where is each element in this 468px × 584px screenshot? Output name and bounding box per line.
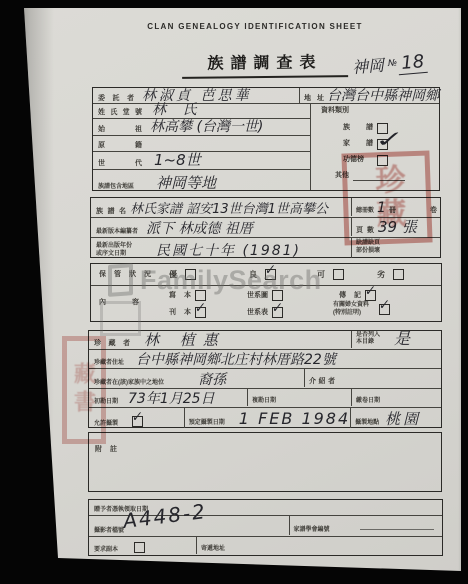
holder-address-value: 台中縣神岡鄉北庄村林厝路22號	[136, 353, 336, 367]
women-data-checkbox	[379, 304, 390, 315]
founder-label: 始祖	[98, 126, 142, 134]
holder-address-row: 珍藏者住址 台中縣神岡鄉北庄村林厝路22號	[89, 350, 441, 369]
condition-poor: 劣	[377, 269, 404, 280]
women-data-label: 有關婦女資料 (特別註明)	[333, 302, 369, 317]
publication-year-value: 民國七十年 (1981)	[146, 244, 351, 258]
society-label: 家譜學會編號	[294, 527, 330, 534]
position-value: 裔孫	[198, 373, 304, 387]
lineage-table-checkbox	[272, 307, 283, 318]
scanned-genealogy-sheet: CLAN GENEALOGY IDENTIFICATION SHEET 族譜調查…	[0, 0, 468, 584]
content-biography: 傳記	[339, 290, 376, 301]
sheet-title: 族譜調查表	[182, 49, 348, 79]
film-place-label: 攝製地點	[355, 420, 383, 427]
holder-row: 珍藏者 林 植惠 是否列入 本目錄 是	[89, 331, 441, 350]
first-survey-value: 73年1月25日	[128, 392, 247, 406]
address-cell: 地址 台灣台中縣神岡鄉	[299, 88, 439, 103]
address-value: 台灣台中縣神岡鄉	[324, 89, 439, 103]
copy-request-cell: 要求副本	[94, 542, 196, 554]
publication-year-label: 最新出版年份 或序文日期	[96, 243, 146, 258]
familysearch-watermark: FamilySearch	[108, 264, 322, 296]
position-row: 珍藏者在(該)家族中之地位 裔孫 介紹者	[89, 369, 441, 389]
generation-value: 1~8世	[142, 153, 201, 168]
entruster-label: 委託者	[98, 95, 134, 103]
surname-label: 姓氏堂號	[98, 109, 142, 117]
watermark-artifact	[100, 301, 141, 336]
poor-checkbox	[393, 269, 404, 280]
compiler-value: 派下 林成德 祖厝	[146, 222, 351, 236]
numero-mark: №	[387, 58, 397, 69]
origin-label: 原籍	[98, 142, 142, 150]
category-header: 資料類別	[321, 107, 433, 115]
entruster-row: 委託者 林淑貞 芭思華 地址 台灣台中縣神岡鄉	[93, 88, 439, 104]
position-label: 珍藏者在(該)家族中之地位	[94, 380, 198, 387]
familysearch-flag-icon	[108, 263, 133, 297]
family-register-label: 家譜	[343, 140, 373, 148]
second-survey-label: 複勘日期	[252, 398, 276, 405]
printed-checkbox	[195, 307, 206, 318]
seal-characters: 珍藏	[364, 163, 410, 232]
surname-value: 林 氏	[142, 103, 202, 117]
region-value: 神岡等地	[152, 176, 216, 191]
main-info-left-column: 姓氏堂號 林 氏 始祖 林高攀 (台灣一世) 原籍 世代 1~8世 族譜包含地區	[93, 104, 311, 190]
mailing-address-cell: 寄遞地址	[196, 537, 442, 554]
red-collection-seal: 珍藏	[341, 150, 432, 245]
red-margin-seal: 藏書	[62, 336, 106, 444]
founder-row: 始祖 林高攀 (台灣一世)	[93, 119, 310, 136]
founder-value: 林高攀 (台灣一世)	[142, 120, 263, 134]
serial-number: 神岡№18	[351, 53, 428, 77]
permit-cell: 允許攝製	[94, 416, 184, 428]
seal-characters: 藏書	[69, 362, 100, 418]
film-date-cell: 預定攝製日期 1 FEB 1984	[184, 408, 350, 428]
serial-place: 神岡	[351, 56, 385, 78]
sheet-english-title: CLAN GENEALOGY IDENTIFICATION SHEET	[90, 22, 420, 31]
copy-request-row: 要求副本 寄遞地址	[89, 537, 442, 555]
region-label: 族譜包含地區	[98, 184, 152, 191]
return-date-label: 繳卷日期	[356, 398, 380, 405]
listed-value: 是	[380, 331, 410, 347]
generation-row: 世代 1~8世	[93, 152, 310, 170]
film-place-cell: 攝製地點 桃園	[350, 408, 441, 428]
generation-label: 世代	[98, 160, 142, 168]
address-label: 地址	[304, 95, 324, 103]
origin-row: 原籍	[93, 136, 310, 152]
content-lineage-table: 世系表	[247, 307, 283, 318]
introducer-cell: 介紹者	[304, 369, 441, 387]
holder-box: 珍藏者 林 植惠 是否列入 本目錄 是 珍藏者住址 台中縣神岡鄉北庄村林厝路22…	[88, 330, 442, 428]
administrative-box: A448-2 贈予者憑執領取日期 攝影者檔號 家譜學會編號 要求副本 寄遞地址	[88, 499, 443, 556]
category-item-family-register: 家譜	[343, 139, 433, 150]
surname-row: 姓氏堂號 林 氏	[93, 104, 310, 119]
film-date-value: 1 FEB 1984	[233, 411, 350, 427]
remarks-box: 附註	[88, 432, 442, 492]
society-blank-line	[360, 519, 434, 530]
listed-cell: 是否列入 本目錄 是	[351, 331, 441, 348]
holder-value: 林 植惠	[130, 333, 351, 348]
introducer-label: 介紹者	[309, 378, 335, 386]
compiler-label: 最新版本編纂者	[96, 229, 146, 236]
society-cell: 家譜學會編號	[289, 516, 443, 535]
copy-request-checkbox	[134, 542, 145, 553]
remarks-label: 附註	[95, 446, 117, 454]
content-printed: 刊本	[169, 307, 206, 318]
return-date-cell: 繳卷日期	[351, 389, 441, 406]
permit-checkbox	[132, 416, 143, 427]
filming-row: 允許攝製 預定攝製日期 1 FEB 1984 攝製地點 桃園	[89, 408, 441, 429]
genealogy-title-label: 族譜名	[96, 208, 126, 216]
family-register-checkbox	[377, 139, 388, 150]
content-women-data: 有關婦女資料 (特別註明)	[333, 302, 390, 317]
fair-checkbox	[333, 269, 344, 280]
region-row: 族譜包含地區 神岡等地	[93, 170, 310, 192]
mailing-address-label: 寄遞地址	[201, 546, 225, 553]
copy-request-label: 要求副本	[94, 547, 128, 554]
film-date-label: 預定攝製日期	[189, 420, 233, 427]
genealogy-title-value: 林氏家譜 詔安13世台灣1世高攀公	[126, 203, 351, 216]
entruster-value: 林淑貞 芭思華	[134, 89, 299, 103]
biography-checkbox	[365, 290, 376, 301]
watermark-text: FamilySearch	[140, 265, 322, 296]
film-place-value: 桃園	[383, 412, 421, 427]
second-survey-cell: 複勘日期	[247, 389, 351, 406]
listed-label: 是否列入 本目錄	[356, 332, 380, 347]
survey-dates-row: 初勘日期 73年1月25日 複勘日期 繳卷日期	[89, 389, 441, 408]
serial-digits: 18	[397, 51, 428, 75]
